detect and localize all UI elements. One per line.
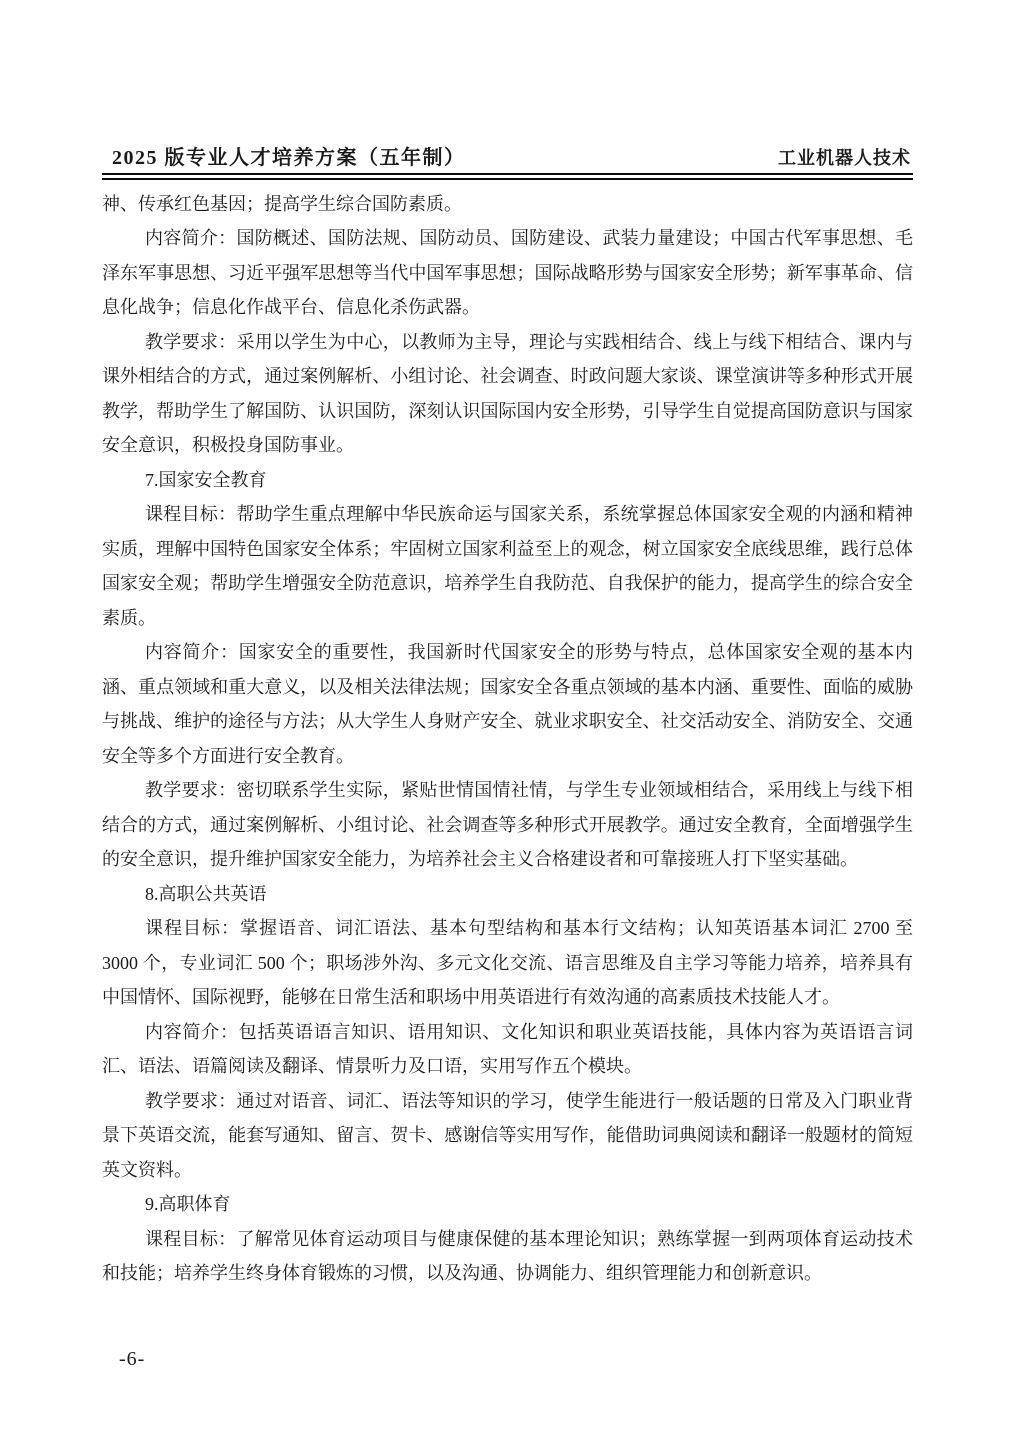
page-header: 2025 版专业人才培养方案（五年制） 工业机器人技术 [102,141,913,170]
paragraph: 课程目标：了解常见体育运动项目与健康保健的基本理论知识；熟练掌握一到两项体育运动… [102,1222,913,1291]
paragraph: 教学要求：通过对语音、词汇、语法等知识的学习，使学生能进行一般话题的日常及入门职… [102,1084,913,1188]
paragraph: 教学要求：采用以学生为中心，以教师为主导，理论与实践相结合、线上与线下相结合、课… [102,325,913,463]
paragraph: 内容简介：包括英语语言知识、语用知识、文化知识和职业英语技能，具体内容为英语语言… [102,1015,913,1084]
paragraph: 内容简介：国防概述、国防法规、国防动员、国防建设、武装力量建设；中国古代军事思想… [102,221,913,325]
paragraph: 课程目标：掌握语音、词汇语法、基本句型结构和基本行文结构；认知英语基本词汇 27… [102,911,913,1015]
course-heading: 7.国家安全教育 [102,463,913,498]
header-double-rule [102,173,913,180]
paragraph: 课程目标：帮助学生重点理解中华民族命运与国家关系，系统掌握总体国家安全观的内涵和… [102,497,913,635]
page-number: -6- [119,1348,145,1371]
document-body: 神、传承红色基因；提高学生综合国防素质。内容简介：国防概述、国防法规、国防动员、… [102,187,913,1291]
course-heading: 9.高职体育 [102,1187,913,1222]
course-heading: 8.高职公共英语 [102,877,913,912]
header-right-title: 工业机器人技术 [778,144,911,170]
paragraph: 神、传承红色基因；提高学生综合国防素质。 [102,187,913,222]
header-left-title: 2025 版专业人才培养方案（五年制） [112,141,466,170]
paragraph: 教学要求：密切联系学生实际，紧贴世情国情社情，与学生专业领域相结合，采用线上与线… [102,773,913,877]
page-content: 2025 版专业人才培养方案（五年制） 工业机器人技术 神、传承红色基因；提高学… [102,141,913,1291]
document-page: 2025 版专业人才培养方案（五年制） 工业机器人技术 神、传承红色基因；提高学… [0,0,1024,1448]
paragraph: 内容简介：国家安全的重要性，我国新时代国家安全的形势与特点，总体国家安全观的基本… [102,635,913,773]
